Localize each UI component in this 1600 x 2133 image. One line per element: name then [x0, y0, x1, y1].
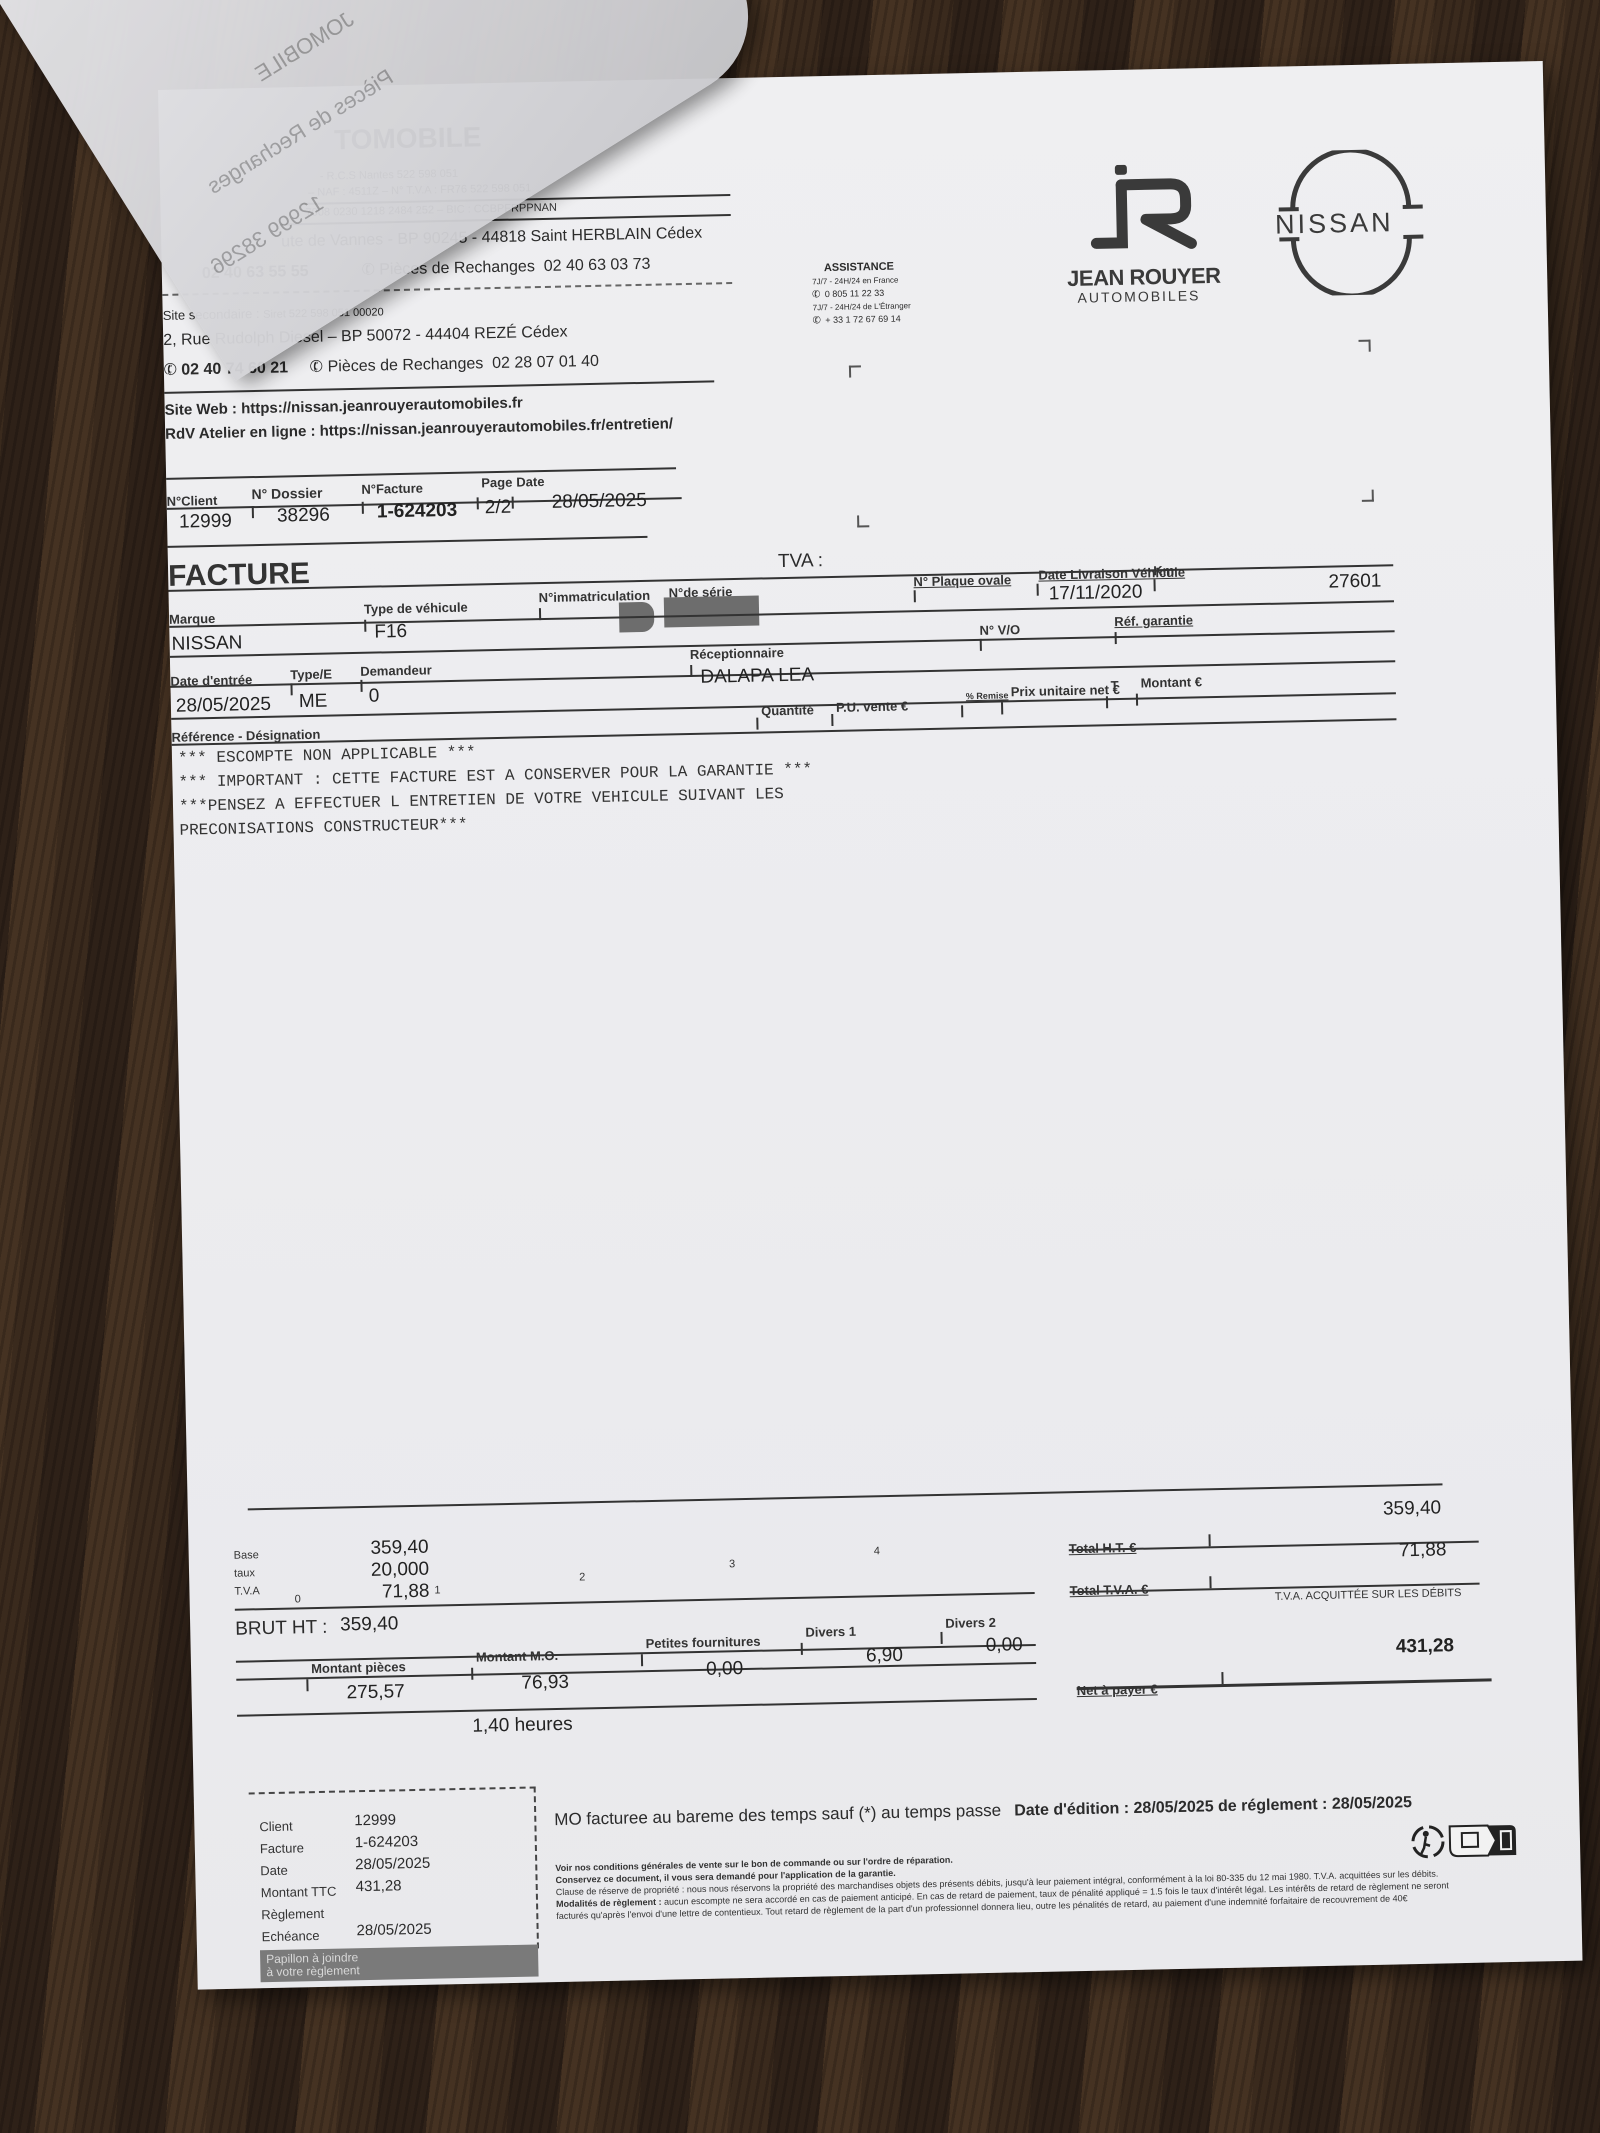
nissan-logo: NISSAN — [1270, 148, 1433, 296]
tick — [1106, 696, 1108, 708]
line-item: *** ESCOMPTE NON APPLICABLE *** — [178, 743, 476, 767]
edition-date: Date d'édition : 28/05/2025 de réglement… — [1014, 1794, 1412, 1820]
misc-1-label: Divers 1 — [805, 1624, 856, 1640]
receptionist-label: Réceptionnaire — [690, 645, 784, 662]
base-label: Base — [234, 1546, 260, 1565]
receptionist-value: DALAPA LEA — [700, 664, 814, 688]
tva-column-4: 4 — [874, 1545, 880, 1557]
tick — [1208, 1534, 1210, 1546]
delivery-date-value: 17/11/2020 — [1049, 581, 1143, 605]
tick — [1115, 632, 1117, 644]
stub-invoice-label: Facture — [260, 1837, 336, 1861]
stub-date-value: 28/05/2025 — [355, 1853, 431, 1877]
misc-2-value: 0,00 — [986, 1634, 1023, 1657]
labour-amount-label: Montant M.O. — [476, 1648, 559, 1665]
parts-amount-label: Montant pièces — [311, 1659, 406, 1676]
entry-type-label: Type/E — [290, 666, 332, 682]
tick — [362, 502, 364, 514]
jr-monogram-icon — [1085, 163, 1217, 266]
divider — [169, 600, 1394, 628]
tick — [512, 497, 514, 509]
misc-2-label: Divers 2 — [945, 1615, 996, 1631]
tick — [1037, 584, 1039, 596]
tick — [364, 620, 366, 632]
tva-column-0: 0 — [295, 1593, 301, 1605]
parts-secondary-phone: 02 28 07 01 40 — [492, 353, 599, 372]
stub-client-value: 12999 — [354, 1809, 430, 1833]
tva-amount-label: T.V.A — [234, 1582, 260, 1601]
tick — [831, 714, 833, 726]
net-to-pay-value: 431,28 — [1396, 1635, 1455, 1658]
tick — [1209, 1576, 1211, 1588]
oval-plate-label: N° Plaque ovale — [913, 572, 1011, 589]
tick — [914, 590, 916, 602]
date-label: Date — [516, 474, 544, 490]
stub-ttc-value: 431,28 — [355, 1875, 431, 1899]
rate-label: taux — [234, 1564, 260, 1583]
tick — [1136, 694, 1138, 706]
misc-1-value: 6,90 — [866, 1645, 903, 1668]
tick — [290, 683, 292, 695]
labour-note: MO facturee au bareme des temps sauf (*)… — [554, 1801, 1001, 1830]
total-ht-value: 359,40 — [1383, 1497, 1442, 1520]
mirrored-ghost-text: 12999 38296 — [206, 190, 329, 280]
column-net-unit-price: Prix unitaire net € — [1011, 682, 1120, 699]
column-amount: Montant € — [1140, 674, 1202, 690]
tax-base-value: 359,40 — [338, 1537, 428, 1561]
legal-terms: Voir nos conditions générales de vente s… — [555, 1841, 1556, 1922]
small-supplies-value: 0,00 — [706, 1658, 743, 1681]
labour-hours: 1,40 heures — [472, 1714, 573, 1738]
dossier-number-label: N° Dossier — [251, 485, 322, 502]
phone-icon: ✆ — [810, 287, 823, 302]
entry-date-value: 28/05/2025 — [176, 694, 272, 718]
assistance-phone-1: 0 805 11 22 33 — [825, 288, 885, 299]
tick — [940, 1632, 942, 1644]
redacted-serial — [664, 596, 760, 628]
tva-values: 359,40 20,000 71,88 — [338, 1537, 429, 1605]
jr-sub: AUTOMOBILES — [1077, 287, 1200, 306]
stub-due-label: Echéance — [261, 1925, 337, 1949]
tick — [801, 1643, 803, 1655]
parts-amount-value: 275,57 — [346, 1681, 405, 1704]
phone-icon: ✆ — [811, 313, 824, 328]
warranty-ref-label: Réf. garantie — [1114, 612, 1193, 629]
jean-rouyer-logo: JEAN ROUYER AUTOMOBILES — [1065, 162, 1248, 306]
tva-labels: Base taux T.V.A — [234, 1546, 260, 1601]
window-corner — [849, 365, 861, 377]
brand-value: NISSAN — [171, 632, 242, 655]
tick — [306, 1679, 308, 1691]
small-supplies-label: Petites fournitures — [645, 1634, 760, 1651]
stub-due-value: 28/05/2025 — [356, 1919, 432, 1943]
stub-client-label: Client — [259, 1815, 335, 1839]
column-quantity: Quantité — [761, 702, 814, 718]
tva-column-2: 2 — [579, 1571, 585, 1583]
invoice-sheet: TOMOBILE - R.C.S Nantes 522 598 051 – NA… — [158, 61, 1582, 1990]
column-tax-code: T — [1111, 678, 1119, 693]
window-corner — [1362, 490, 1374, 502]
stub-invoice-value: 1-624203 — [355, 1831, 431, 1855]
tick — [1001, 702, 1003, 714]
tick — [1221, 1672, 1223, 1684]
stub-ttc-label: Montant TTC — [261, 1881, 337, 1905]
invoice-number: 1-624203 — [377, 500, 458, 524]
tick — [1153, 579, 1155, 591]
assistance-phone-2: + 33 1 72 67 69 14 — [825, 313, 901, 325]
stub-payment-value — [356, 1897, 432, 1921]
divider — [172, 718, 1397, 746]
total-tva-value: 71,88 — [1399, 1539, 1447, 1562]
column-unit-price: P.U. vente € — [836, 698, 908, 715]
mileage-value: 27601 — [1328, 570, 1381, 593]
stub-payment-label: Règlement — [261, 1903, 337, 1927]
tax-amount-value: 71,88 — [339, 1581, 429, 1605]
tick — [539, 608, 541, 620]
labour-amount-value: 76,93 — [521, 1672, 569, 1695]
line-item: PRECONISATIONS CONSTRUCTEUR*** — [179, 816, 467, 840]
tva-column-3: 3 — [729, 1558, 735, 1570]
assistance-block: ASSISTANCE 7J/7 - 24H/24 en France ✆0 80… — [812, 260, 911, 327]
stub-values: 12999 1-624203 28/05/2025 431,28 28/05/2… — [354, 1809, 432, 1943]
km-label: Km — [1153, 563, 1174, 578]
page-label: Page — [481, 475, 512, 491]
divider — [164, 380, 714, 394]
page-number: 2/2 — [485, 497, 512, 520]
tva-column-1: 1 — [434, 1584, 440, 1596]
booking-link[interactable]: RdV Atelier en ligne : https://nissan.je… — [165, 415, 673, 443]
mirrored-ghost-text: Pièces de Rechanges — [203, 64, 398, 199]
phone-icon: ✆ — [307, 355, 327, 378]
tick — [641, 1654, 643, 1666]
entry-type-value: ME — [299, 691, 328, 714]
divider — [248, 1483, 1443, 1510]
tick — [477, 497, 479, 509]
stub-date-label: Date — [260, 1859, 336, 1883]
vehicle-type-value: F16 — [374, 621, 407, 644]
tick — [961, 705, 963, 717]
divider — [168, 536, 648, 548]
divider — [166, 467, 676, 480]
invoice-number-label: N°Facture — [361, 481, 423, 497]
phone-icon: ✆ — [161, 358, 181, 381]
client-number: 12999 — [179, 511, 232, 534]
mirrored-ghost-text: JOMOBILE — [250, 6, 358, 87]
dossier-number: 38296 — [277, 504, 330, 527]
gross-ht-value: 359,40 — [340, 1613, 399, 1636]
tax-rate-value: 20,000 — [339, 1559, 429, 1583]
vehicle-type-label: Type de véhicule — [364, 600, 468, 617]
tick — [756, 718, 758, 730]
window-corner — [1358, 340, 1370, 352]
tva-label: TVA : — [778, 550, 824, 573]
tick — [690, 665, 692, 677]
stub-labels: Client Facture Date Montant TTC Règlemen… — [259, 1815, 337, 1949]
column-discount: % Remise — [966, 690, 1009, 701]
tick — [252, 506, 254, 518]
window-corner — [857, 515, 869, 527]
tick — [360, 680, 362, 692]
gross-ht-label: BRUT HT : — [235, 1617, 328, 1641]
requester-label: Demandeur — [360, 662, 432, 678]
stub-footer-line-2: à votre règlement — [266, 1961, 532, 1980]
tva-note: T.V.A. ACQUITTÉE SUR LES DÉBITS — [1275, 1587, 1462, 1603]
parts-secondary-label: Pièces de Rechanges — [327, 355, 483, 375]
vo-number-label: N° V/O — [979, 622, 1020, 638]
invoice-date: 28/05/2025 — [552, 490, 648, 514]
tick — [980, 639, 982, 651]
stub-footer: Papillon à joindre à votre règlement — [260, 1944, 539, 1982]
website-link[interactable]: Site Web : https://nissan.jeanrouyerauto… — [165, 394, 523, 418]
tick — [471, 1668, 473, 1680]
nissan-wordmark: NISSAN — [1275, 207, 1394, 240]
parts-main-phone: 02 40 63 03 73 — [544, 256, 651, 275]
requester-value: 0 — [369, 686, 380, 708]
assistance-line-1: 7J/7 - 24H/24 en France — [812, 273, 910, 288]
